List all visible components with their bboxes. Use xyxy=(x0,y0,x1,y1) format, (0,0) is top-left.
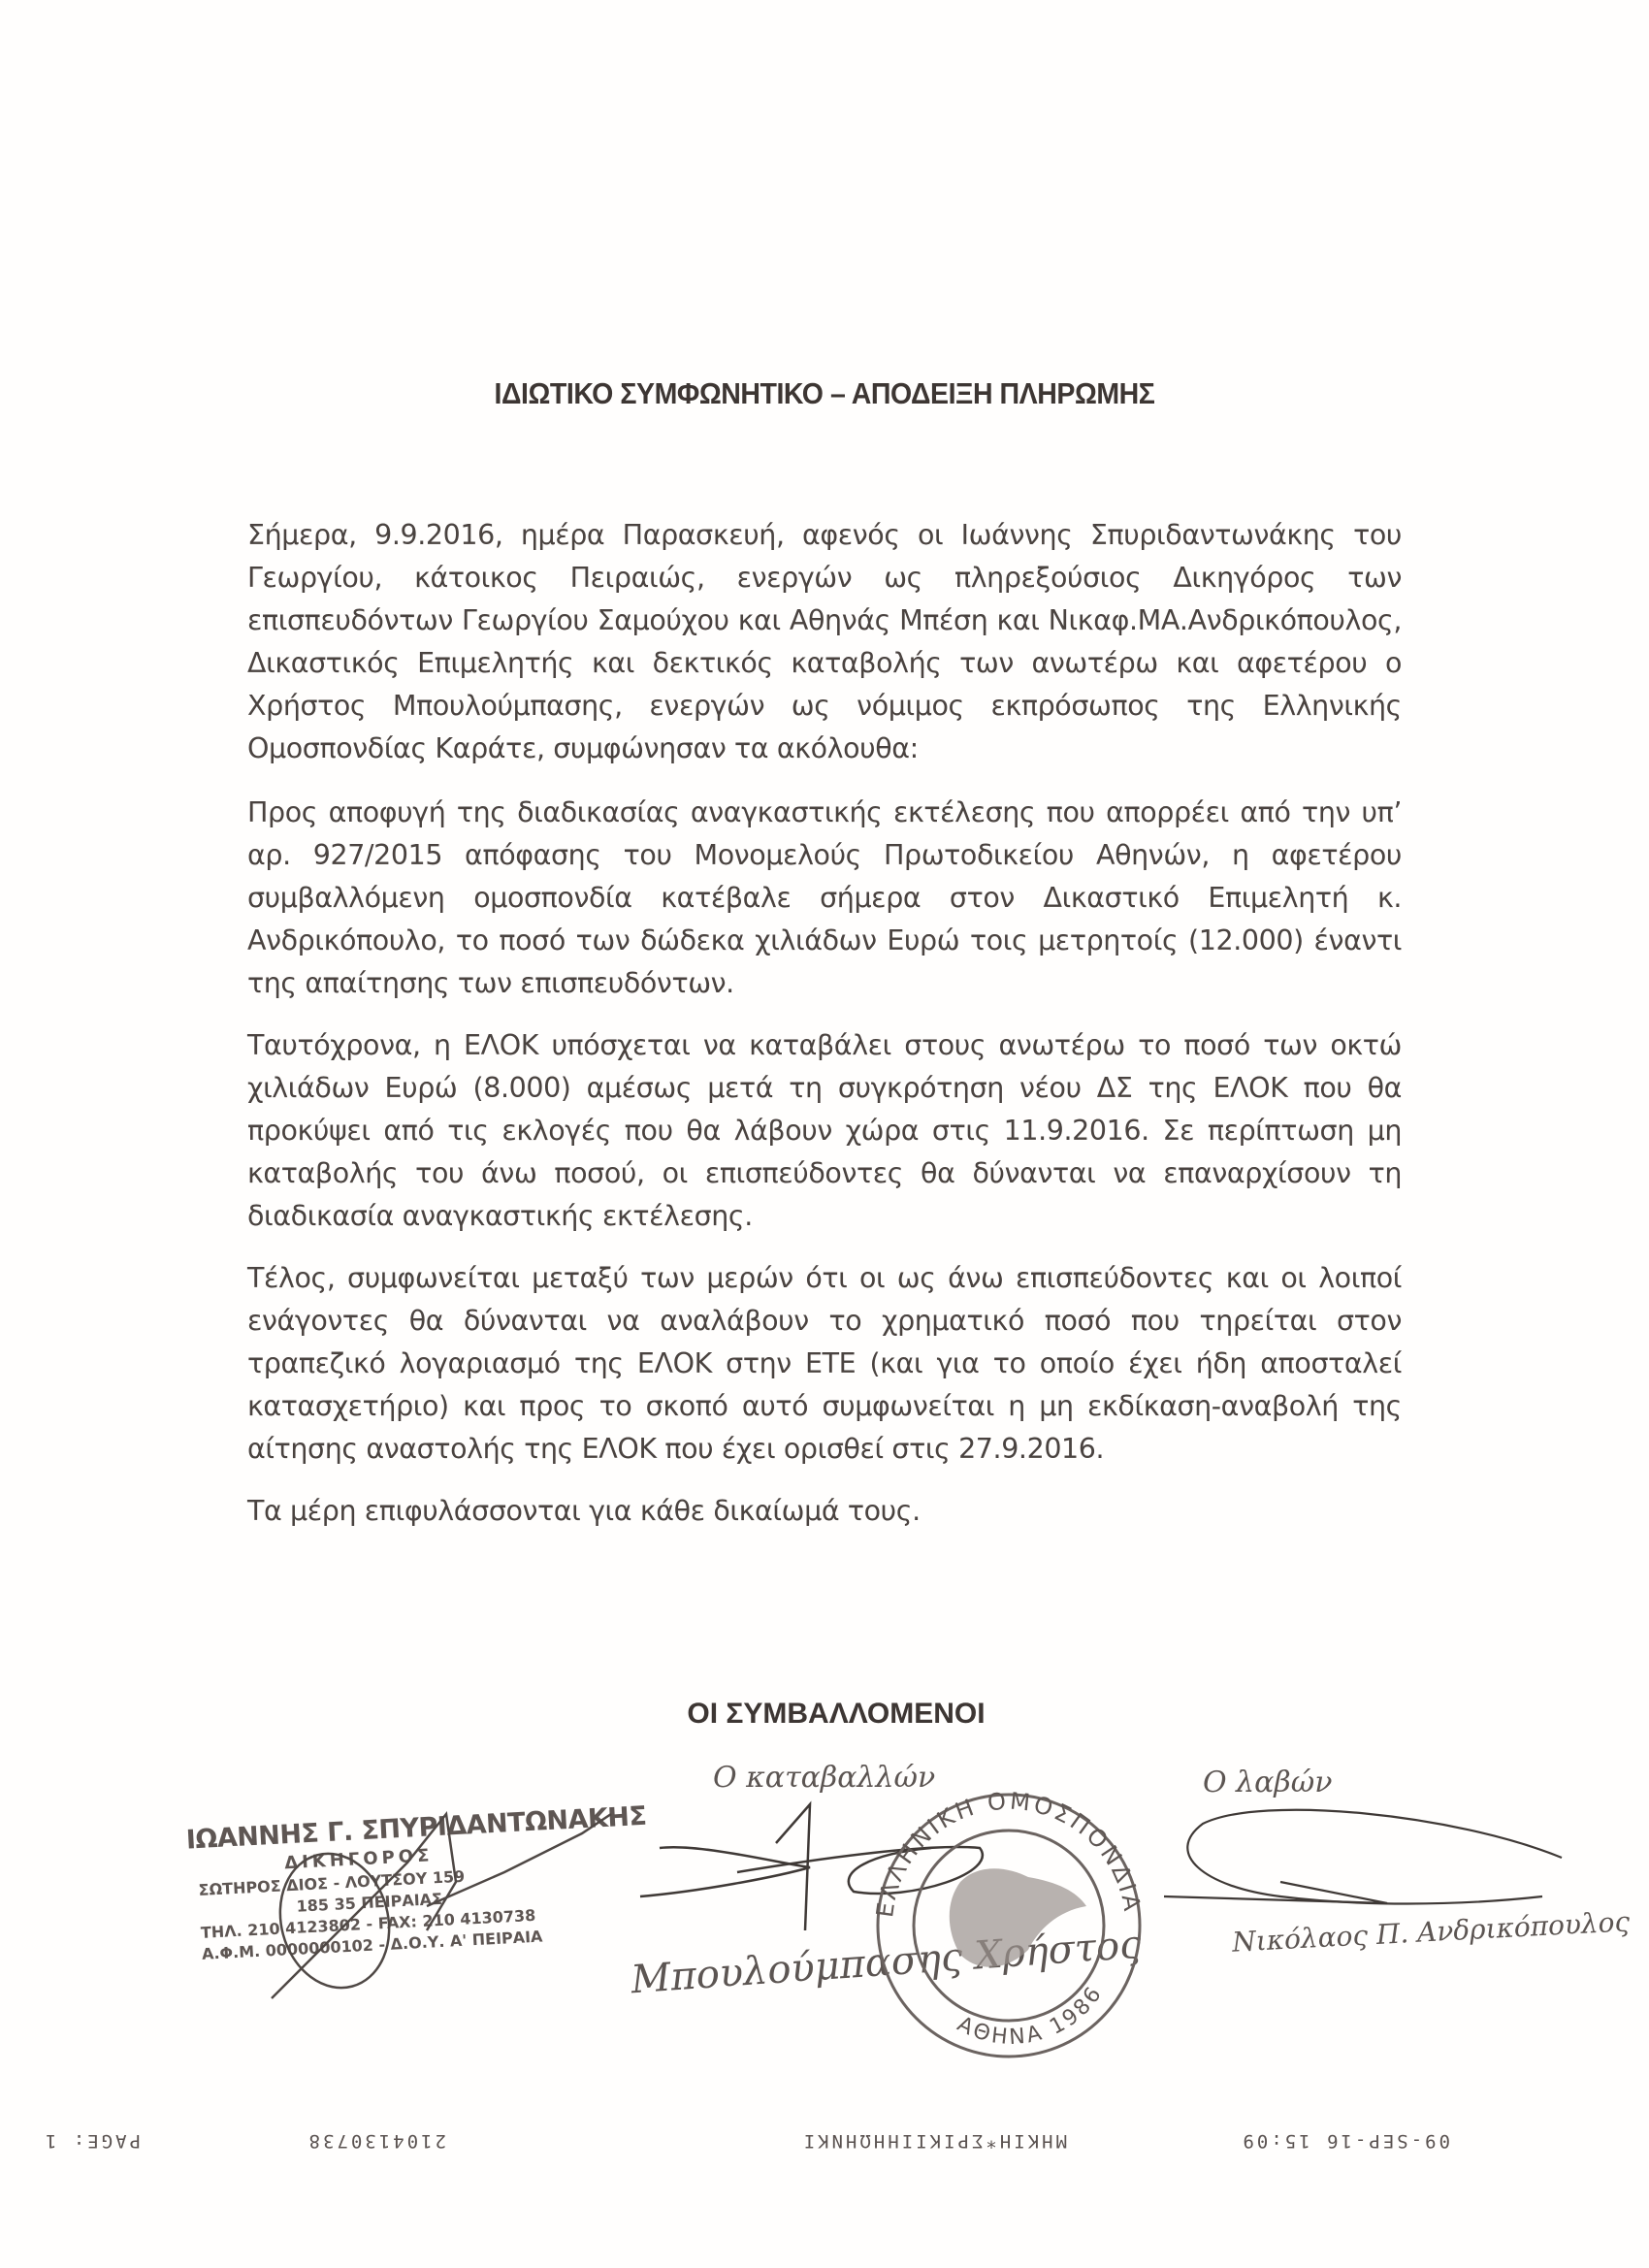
payer-signature-name: Μπουλούμπασης Χρήστος xyxy=(630,1923,1143,2003)
fax-number: 2104130738 xyxy=(307,2130,446,2152)
paragraph-account: Τέλος, συμφωνείται μεταξύ των μερών ότι … xyxy=(247,1257,1402,1471)
document-title: ΙΔΙΩΤΙΚΟ ΣΥΜΦΩΝΗΤΙΚΟ – ΑΠΟΔΕΙΞΗ ΠΛΗΡΩΜΗΣ xyxy=(66,376,1583,411)
paragraph-promise: Ταυτόχρονα, η ΕΛΟΚ υπόσχεται να καταβάλε… xyxy=(247,1024,1402,1238)
fax-datetime: 09-SEP-16 15:09 xyxy=(1240,2130,1450,2152)
paragraph-intro: Σήμερα, 9.9.2016, ημέρα Παρασκευή, αφενό… xyxy=(247,514,1402,770)
document-page: ΙΔΙΩΤΙΚΟ ΣΥΜΦΩΝΗΤΙΚΟ – ΑΠΟΔΕΙΞΗ ΠΛΗΡΩΜΗΣ… xyxy=(0,0,1649,2268)
receiver-signature xyxy=(1164,1810,1562,1904)
document-body: Σήμερα, 9.9.2016, ημέρα Παρασκευή, αφενό… xyxy=(247,514,1402,1552)
parties-heading: ΟΙ ΣΥΜΒΑΛΛΟΜΕΝΟΙ xyxy=(0,1698,1649,1731)
lawyer-stamp: ΙΩΑΝΝΗΣ Γ. ΣΠΥΡΙΔΑΝΤΩΝΑΚΗΣ ΔΙΚΗΓΟΡΟΣ ΣΩΤ… xyxy=(185,1794,621,1991)
payer-signature xyxy=(640,1804,983,1930)
seal-year: ΑΘΗΝΑ 1986 xyxy=(954,1981,1108,2050)
receiver-label: Ο λαβών xyxy=(1203,1766,1332,1799)
payer-label: Ο καταβαλλών xyxy=(713,1761,935,1795)
fax-header: 09-SEP-16 15:09 ΜΗΚΙΗ*ΣΡΙΚΙΙΗΗΩΗΝΚΙ 2104… xyxy=(0,2122,1649,2161)
paragraph-payment: Προς αποφυγή της διαδικασίας αναγκαστική… xyxy=(247,792,1402,1005)
fax-sender-id: ΜΗΚΙΗ*ΣΡΙΚΙΙΗΗΩΗΝΚΙ xyxy=(801,2130,1067,2152)
receiver-signature-name: Νικόλαος Π. Ανδρικόπουλος xyxy=(1231,1905,1631,1958)
fax-page: PAGE: 1 xyxy=(43,2130,141,2152)
paragraph-rights: Τα μέρη επιφυλάσσονται για κάθε δικαίωμά… xyxy=(247,1490,1402,1533)
